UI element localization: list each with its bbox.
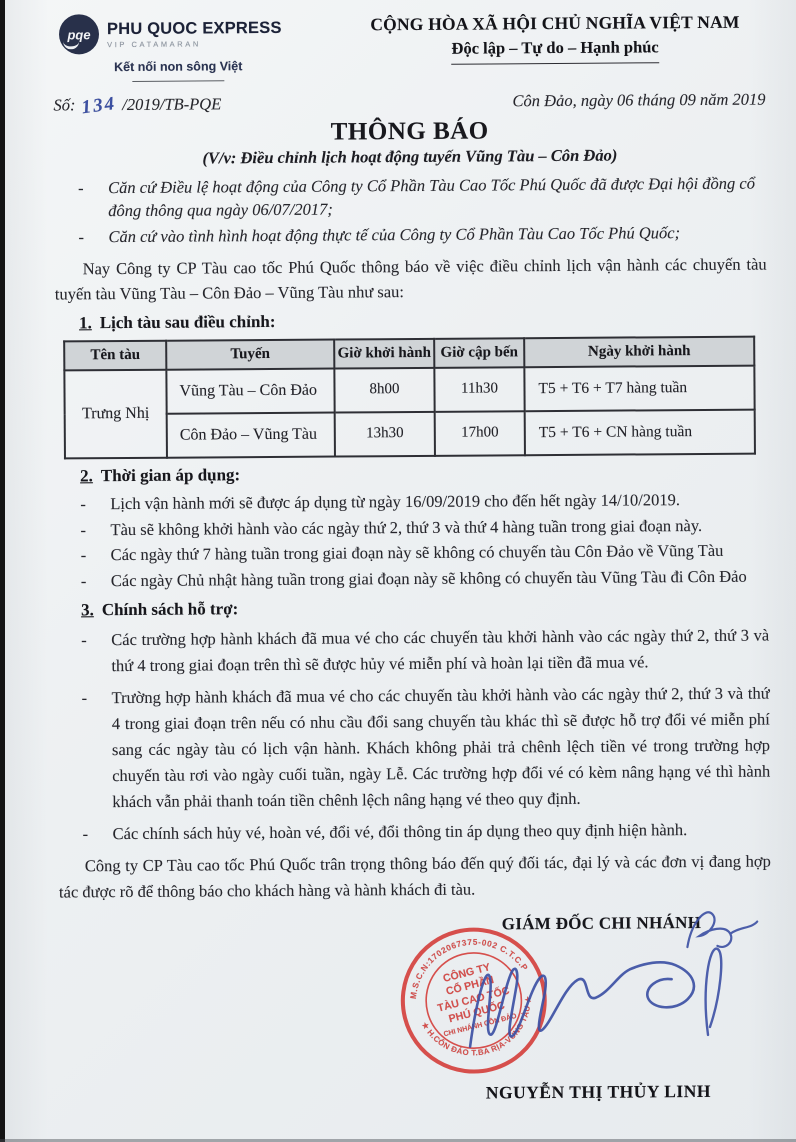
schedule-note-item: -Các ngày Chủ nhật hàng tuần trong giai …: [81, 566, 769, 594]
section2-title: Thời gian áp dụng:: [101, 465, 240, 485]
cell-depart-time: 13h30: [335, 412, 435, 457]
schedule-note-item: -Tàu sẽ không khởi hành vào các ngày thứ…: [80, 514, 768, 542]
national-motto-line2: Độc lập – Tự do – Hạnh phúc: [345, 37, 765, 60]
meta-row: Số: 134 /2019/TB-PQE Côn Đảo, ngày 06 th…: [53, 90, 765, 117]
page-title: THÔNG BÁO: [54, 116, 766, 149]
national-motto-line1: CỘNG HÒA XÃ HỘI CHỦ NGHĨA VIỆT NAM: [345, 12, 765, 36]
section3-title: Chính sách hỗ trợ:: [102, 599, 239, 619]
handwritten-number: 134: [80, 93, 117, 119]
document-content: pqe PHU QUOC EXPRESS VIP CATAMARAN Kết n…: [53, 6, 773, 1142]
document-number-label: Số:: [53, 95, 75, 114]
schedule-notes-list: -Lịch vận hành mới sẽ được áp dụng từ ng…: [80, 488, 769, 593]
cell-arrive-time: 11h30: [434, 367, 524, 412]
bullet-dash: -: [78, 176, 108, 200]
brand-slogan: Kết nối non sông Việt: [53, 59, 303, 75]
document-number: Số: 134 /2019/TB-PQE: [53, 93, 221, 116]
section3-heading: 3.Chính sách hỗ trợ:: [81, 595, 769, 620]
bullet-dash: -: [80, 493, 110, 516]
note-text: Các ngày thứ 7 hàng tuần trong giai đoạn…: [111, 540, 724, 567]
bullet-dash: -: [81, 544, 111, 567]
national-header: CỘNG HÒA XÃ HỘI CHỦ NGHĨA VIỆT NAM Độc l…: [345, 6, 765, 66]
table-row: Côn Đảo – Vũng Tàu 13h30 17h00 T5 + T6 +…: [65, 409, 755, 458]
cell-days: T5 + T6 + T7 hàng tuần: [524, 365, 754, 411]
section3-number: 3.: [81, 600, 94, 619]
schedule-note-item: -Lịch vận hành mới sẽ được áp dụng từ ng…: [80, 488, 768, 516]
policy-text: Các chính sách hủy vé, hoàn vé, đổi vé, …: [113, 817, 688, 847]
preamble-list: - Căn cứ Điều lệ hoạt động của Công ty C…: [78, 172, 766, 249]
document-number-suffix: /2019/TB-PQE: [122, 94, 221, 114]
preamble-item: - Căn cứ vào tình hình hoạt động thực tế…: [78, 220, 766, 248]
section1-title: Lịch tàu sau điều chỉnh:: [100, 312, 276, 332]
logo-monogram: pqe: [67, 27, 90, 42]
preamble-text: Căn cứ vào tình hình hoạt động thực tế c…: [108, 221, 680, 248]
signer-name: NGUYỄN THỊ THỦY LINH: [436, 1080, 760, 1103]
cell-depart-time: 8h00: [334, 368, 434, 413]
signature-block: GIÁM ĐỐC CHI NHÁNH M.S.C.N:1702067375-00…: [59, 902, 773, 1142]
col-header-depart: Giờ khởi hành: [334, 339, 434, 368]
preamble-text: Căn cứ Điều lệ hoạt động của Công ty Cổ …: [108, 172, 766, 223]
bullet-dash: -: [82, 685, 112, 711]
bullet-dash: -: [80, 519, 110, 542]
policy-item: -Các chính sách hủy vé, hoàn vé, đổi vé,…: [83, 817, 771, 848]
col-header-ship: Tên tàu: [64, 341, 166, 370]
schedule-table: Tên tàu Tuyến Giờ khởi hành Giờ cập bến …: [63, 336, 756, 460]
brand-divider: [132, 80, 224, 82]
cell-route: Côn Đảo – Vũng Tàu: [167, 412, 335, 457]
company-logo-block: pqe PHU QUOC EXPRESS VIP CATAMARAN Kết n…: [53, 9, 303, 83]
section2-number: 2.: [80, 466, 93, 485]
policy-list: -Các trường hợp hành khách đã mua vé cho…: [81, 622, 771, 847]
policy-item: -Trường hợp hành khách đã mua vé cho các…: [82, 681, 771, 816]
cell-route: Vũng Tàu – Côn Đảo: [166, 368, 334, 413]
handwritten-signature: [455, 916, 756, 1078]
closing-paragraph: Công ty CP Tàu cao tốc Phú Quốc trân trọ…: [59, 849, 771, 905]
policy-text: Trường hợp hành khách đã mua vé cho các …: [112, 681, 771, 816]
section2-heading: 2.Thời gian áp dụng:: [80, 461, 768, 486]
cell-ship-name: Trưng Nhị: [64, 370, 167, 459]
scan-edge-left: [0, 0, 5, 1142]
brand-name: PHU QUOC EXPRESS: [107, 18, 282, 38]
section1-number: 1.: [79, 313, 92, 332]
col-header-days: Ngày khởi hành: [524, 337, 754, 367]
schedule-note-item: -Các ngày thứ 7 hàng tuần trong giai đoạ…: [81, 540, 769, 568]
brand-text: PHU QUOC EXPRESS VIP CATAMARAN: [107, 18, 282, 48]
bullet-dash: -: [81, 627, 111, 653]
note-text: Lịch vận hành mới sẽ được áp dụng từ ngà…: [110, 489, 680, 516]
note-text: Tàu sẽ không khởi hành vào các ngày thứ …: [110, 515, 702, 542]
bullet-dash: -: [78, 225, 108, 249]
document-page: pqe PHU QUOC EXPRESS VIP CATAMARAN Kết n…: [0, 0, 796, 1142]
col-header-arrive: Giờ cập bến: [434, 338, 524, 367]
cell-arrive-time: 17h00: [435, 411, 525, 456]
col-header-route: Tuyến: [166, 340, 334, 370]
phu-quoc-express-logo-icon: pqe: [59, 14, 99, 54]
bullet-dash: -: [83, 821, 113, 847]
policy-text: Các trường hợp hành khách đã mua vé cho …: [111, 622, 769, 679]
brand-subtitle: VIP CATAMARAN: [107, 38, 282, 48]
dateline: Côn Đảo, ngày 06 tháng 09 năm 2019: [512, 90, 765, 114]
cell-days: T5 + T6 + CN hàng tuần: [525, 409, 755, 455]
bullet-dash: -: [81, 570, 111, 593]
page-subtitle: (V/v: Điều chỉnh lịch hoạt động tuyến Vũ…: [54, 145, 766, 170]
intro-paragraph: Nay Công ty CP Tàu cao tốc Phú Quốc thôn…: [55, 253, 767, 307]
section1-heading: 1.Lịch tàu sau điều chỉnh:: [79, 309, 767, 334]
national-divider: [451, 62, 659, 64]
preamble-item: - Căn cứ Điều lệ hoạt động của Công ty C…: [78, 172, 766, 224]
note-text: Các ngày Chủ nhật hàng tuần trong giai đ…: [111, 566, 747, 593]
document-header: pqe PHU QUOC EXPRESS VIP CATAMARAN Kết n…: [53, 6, 765, 83]
policy-item: -Các trường hợp hành khách đã mua vé cho…: [81, 622, 769, 679]
table-row: Trưng Nhị Vũng Tàu – Côn Đảo 8h00 11h30 …: [64, 365, 754, 414]
